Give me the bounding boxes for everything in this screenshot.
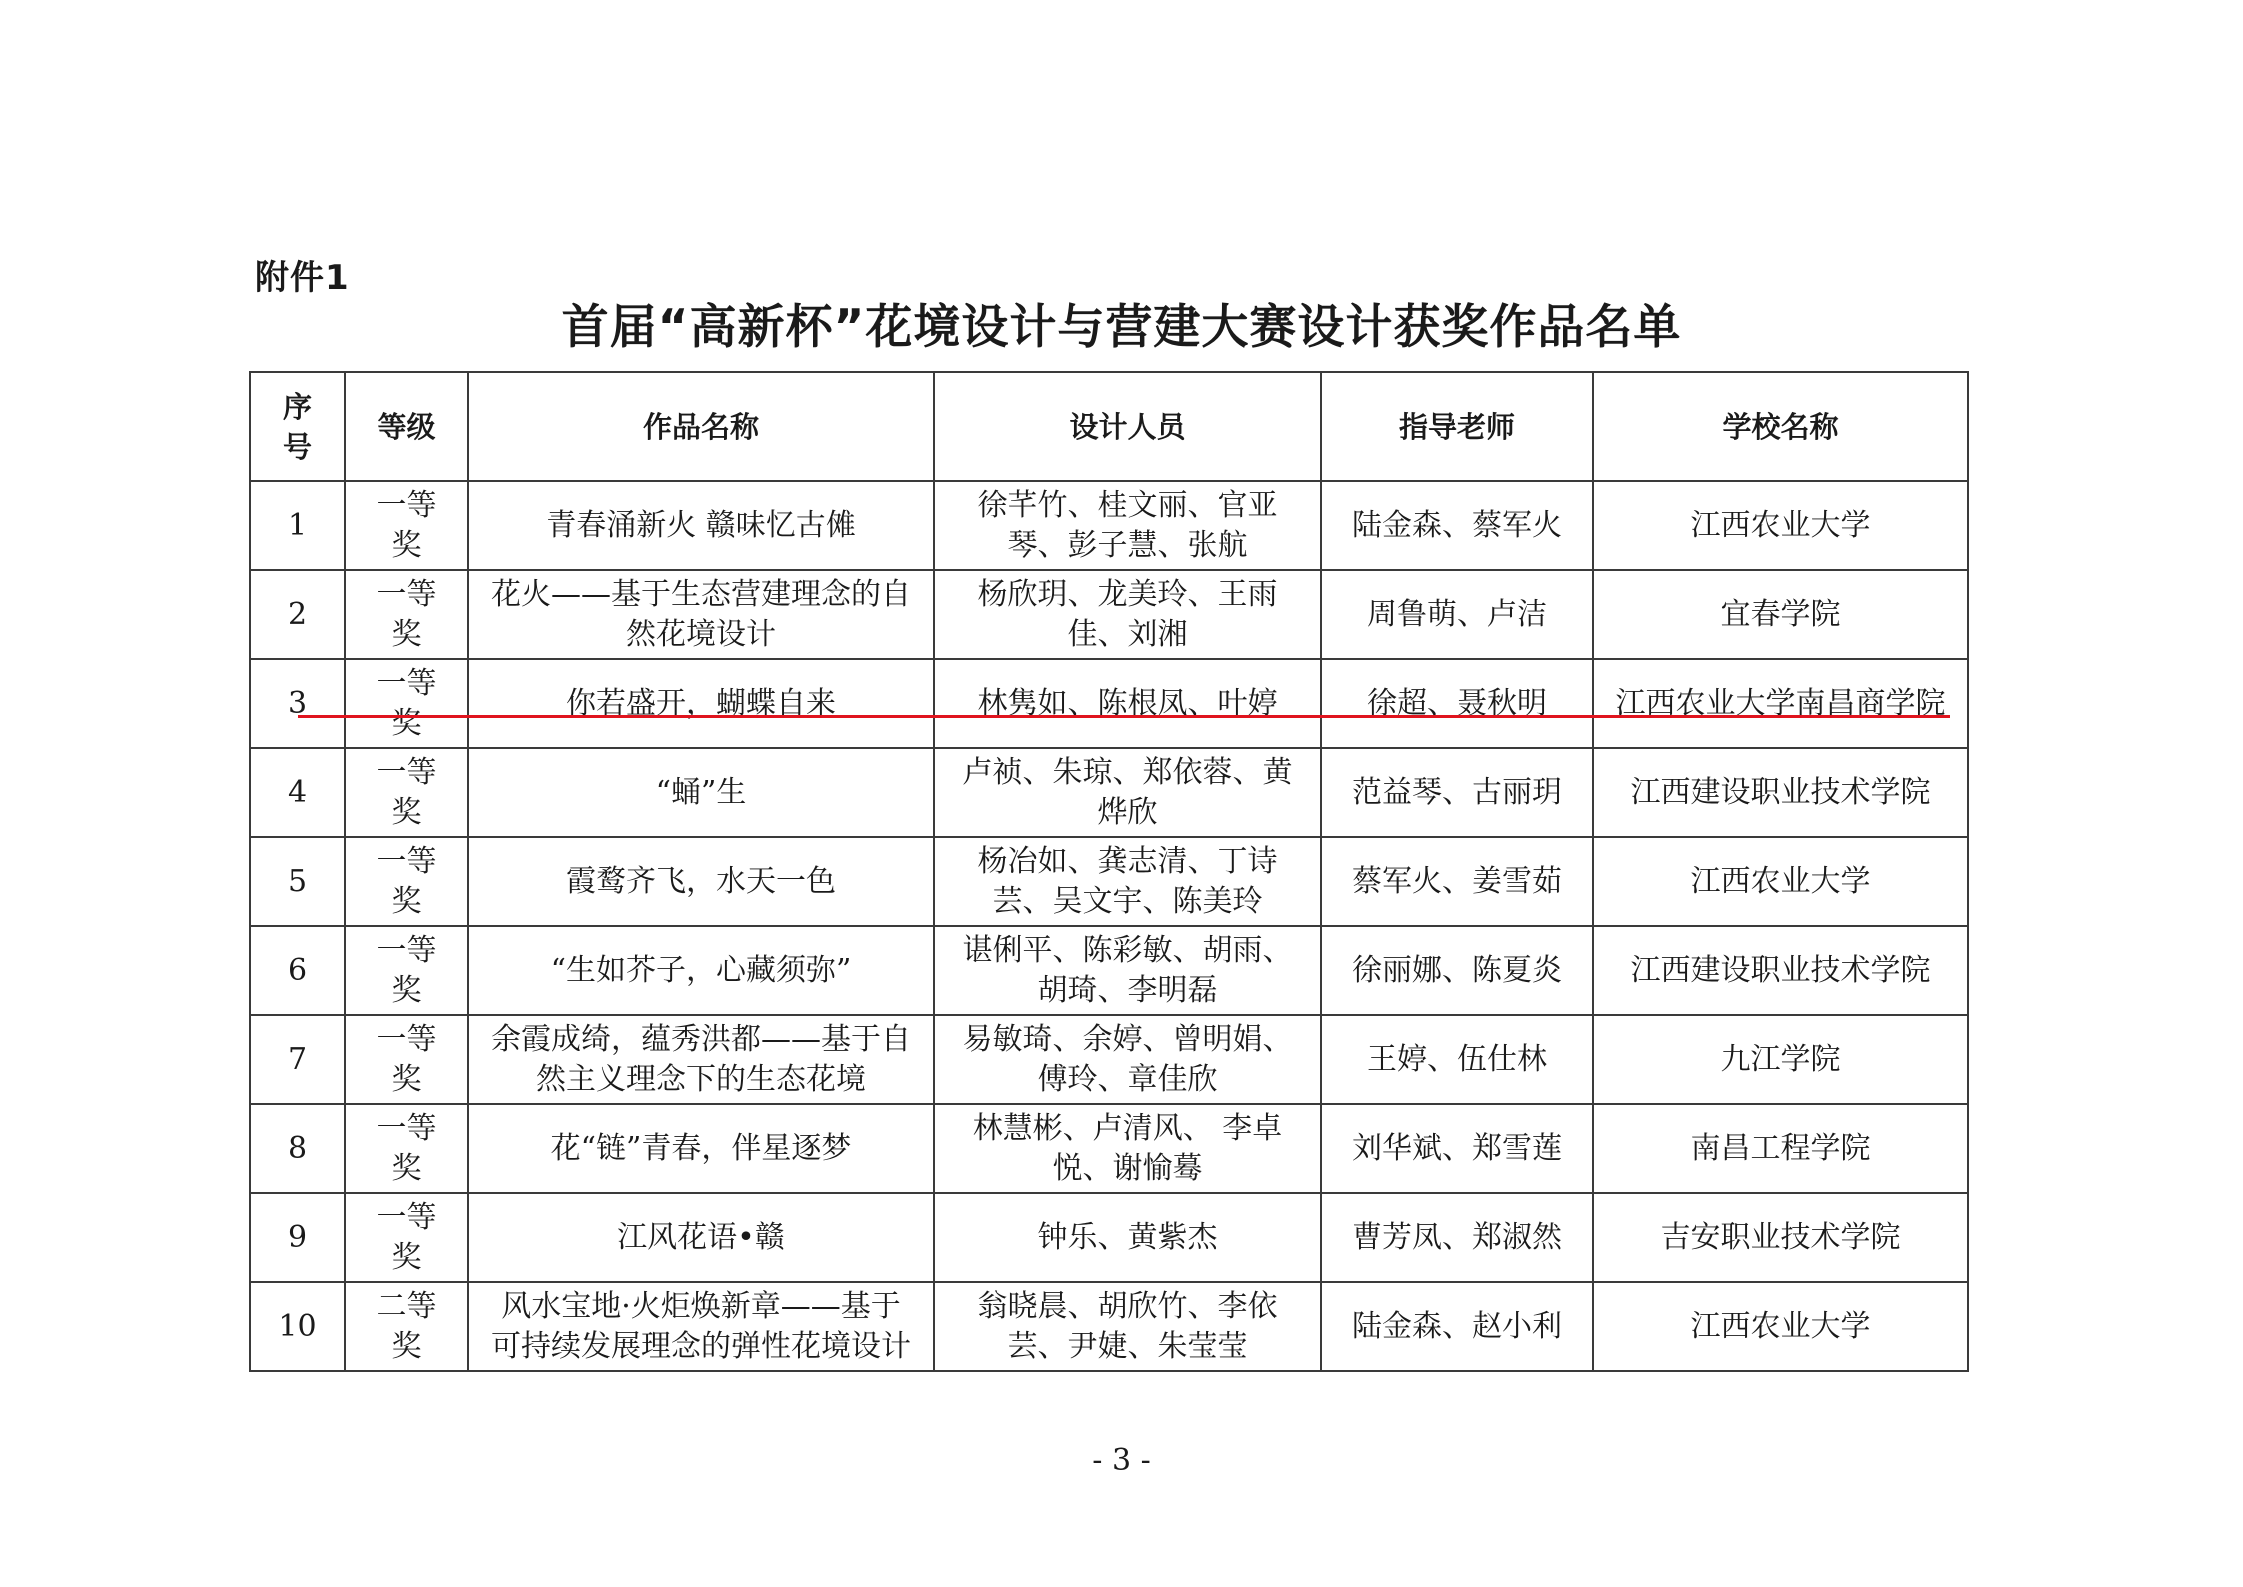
- cell-level: 一等奖: [345, 1104, 468, 1193]
- table-row: 1 一等奖 青春涌新火 赣味忆古傩 徐芊竹、桂文丽、官亚琴、彭子慧、张航 陆金森…: [250, 481, 1968, 570]
- cell-advisors: 范益琴、古丽玥: [1321, 748, 1593, 837]
- cell-work: 霞鹜齐飞，水天一色: [468, 837, 934, 926]
- cell-no: 10: [250, 1282, 345, 1371]
- cell-advisors: 刘华斌、郑雪莲: [1321, 1104, 1593, 1193]
- cell-designers: 杨欣玥、龙美玲、王雨佳、刘湘: [934, 570, 1321, 659]
- cell-designers: 林慧彬、卢清风、 李卓悦、谢愉蓦: [934, 1104, 1321, 1193]
- cell-work: 青春涌新火 赣味忆古傩: [468, 481, 934, 570]
- header-school: 学校名称: [1593, 372, 1968, 481]
- cell-advisors: 陆金森、赵小利: [1321, 1282, 1593, 1371]
- cell-designers: 杨冶如、龚志清、丁诗芸、吴文宇、陈美玲: [934, 837, 1321, 926]
- cell-advisors: 周鲁萌、卢洁: [1321, 570, 1593, 659]
- cell-level: 一等奖: [345, 659, 468, 748]
- header-advisors: 指导老师: [1321, 372, 1593, 481]
- cell-no: 5: [250, 837, 345, 926]
- cell-no: 7: [250, 1015, 345, 1104]
- table-row: 9 一等奖 江风花语•赣 钟乐、黄紫杰 曹芳凤、郑淑然 吉安职业技术学院: [250, 1193, 1968, 1282]
- cell-designers: 卢祯、朱琼、郑依蓉、黄烨欣: [934, 748, 1321, 837]
- cell-work: 花火——基于生态营建理念的自然花境设计: [468, 570, 934, 659]
- cell-school: 南昌工程学院: [1593, 1104, 1968, 1193]
- cell-no: 1: [250, 481, 345, 570]
- table-row: 10 二等奖 风水宝地·火炬焕新章——基于可持续发展理念的弹性花境设计 翁晓晨、…: [250, 1282, 1968, 1371]
- cell-work: 你若盛开，蝴蝶自来: [468, 659, 934, 748]
- awards-table: 序号 等级 作品名称 设计人员 指导老师 学校名称 1 一等奖 青春涌新火 赣味…: [249, 371, 1969, 1372]
- header-designers: 设计人员: [934, 372, 1321, 481]
- cell-level: 一等奖: [345, 570, 468, 659]
- cell-level: 一等奖: [345, 926, 468, 1015]
- header-work: 作品名称: [468, 372, 934, 481]
- cell-school: 宜春学院: [1593, 570, 1968, 659]
- cell-designers: 钟乐、黄紫杰: [934, 1193, 1321, 1282]
- cell-work: 风水宝地·火炬焕新章——基于可持续发展理念的弹性花境设计: [468, 1282, 934, 1371]
- cell-advisors: 蔡军火、姜雪茹: [1321, 837, 1593, 926]
- cell-advisors: 王婷、伍仕林: [1321, 1015, 1593, 1104]
- cell-level: 一等奖: [345, 481, 468, 570]
- cell-school: 江西农业大学南昌商学院: [1593, 659, 1968, 748]
- cell-school: 江西农业大学: [1593, 1282, 1968, 1371]
- cell-work: 余霞成绮，蕴秀洪都——基于自然主义理念下的生态花境: [468, 1015, 934, 1104]
- cell-level: 一等奖: [345, 1193, 468, 1282]
- cell-school: 江西建设职业技术学院: [1593, 748, 1968, 837]
- cell-level: 一等奖: [345, 748, 468, 837]
- cell-advisors: 徐超、聂秋明: [1321, 659, 1593, 748]
- cell-designers: 林隽如、陈根凤、叶婷: [934, 659, 1321, 748]
- table-row: 8 一等奖 花“链”青春，伴星逐梦 林慧彬、卢清风、 李卓悦、谢愉蓦 刘华斌、郑…: [250, 1104, 1968, 1193]
- cell-advisors: 曹芳凤、郑淑然: [1321, 1193, 1593, 1282]
- header-no: 序号: [250, 372, 345, 481]
- table-row: 4 一等奖 “蛹”生 卢祯、朱琼、郑依蓉、黄烨欣 范益琴、古丽玥 江西建设职业技…: [250, 748, 1968, 837]
- cell-school: 江西农业大学: [1593, 837, 1968, 926]
- cell-work: 江风花语•赣: [468, 1193, 934, 1282]
- cell-work: “生如芥子，心藏须弥”: [468, 926, 934, 1015]
- cell-no: 4: [250, 748, 345, 837]
- cell-level: 二等奖: [345, 1282, 468, 1371]
- cell-level: 一等奖: [345, 1015, 468, 1104]
- page-title: 首届“高新杯”花境设计与营建大赛设计获奖作品名单: [0, 290, 2243, 357]
- cell-work: 花“链”青春，伴星逐梦: [468, 1104, 934, 1193]
- table-row: 6 一等奖 “生如芥子，心藏须弥” 谌俐平、陈彩敏、胡雨、胡琦、李明磊 徐丽娜、…: [250, 926, 1968, 1015]
- red-underline-highlight: [298, 715, 1950, 718]
- cell-no: 6: [250, 926, 345, 1015]
- cell-school: 江西农业大学: [1593, 481, 1968, 570]
- cell-no: 3: [250, 659, 345, 748]
- cell-work: “蛹”生: [468, 748, 934, 837]
- cell-school: 九江学院: [1593, 1015, 1968, 1104]
- cell-school: 吉安职业技术学院: [1593, 1193, 1968, 1282]
- cell-school: 江西建设职业技术学院: [1593, 926, 1968, 1015]
- cell-advisors: 陆金森、蔡军火: [1321, 481, 1593, 570]
- table-row: 5 一等奖 霞鹜齐飞，水天一色 杨冶如、龚志清、丁诗芸、吴文宇、陈美玲 蔡军火、…: [250, 837, 1968, 926]
- cell-designers: 易敏琦、余婷、曾明娟、傅玲、章佳欣: [934, 1015, 1321, 1104]
- cell-no: 2: [250, 570, 345, 659]
- table-header-row: 序号 等级 作品名称 设计人员 指导老师 学校名称: [250, 372, 1968, 481]
- cell-level: 一等奖: [345, 837, 468, 926]
- cell-no: 8: [250, 1104, 345, 1193]
- table-row: 7 一等奖 余霞成绮，蕴秀洪都——基于自然主义理念下的生态花境 易敏琦、余婷、曾…: [250, 1015, 1968, 1104]
- cell-designers: 翁晓晨、胡欣竹、李依芸、尹婕、朱莹莹: [934, 1282, 1321, 1371]
- page-number: - 3 -: [0, 1443, 2243, 1478]
- table-row: 2 一等奖 花火——基于生态营建理念的自然花境设计 杨欣玥、龙美玲、王雨佳、刘湘…: [250, 570, 1968, 659]
- header-level: 等级: [345, 372, 468, 481]
- cell-designers: 徐芊竹、桂文丽、官亚琴、彭子慧、张航: [934, 481, 1321, 570]
- cell-no: 9: [250, 1193, 345, 1282]
- cell-designers: 谌俐平、陈彩敏、胡雨、胡琦、李明磊: [934, 926, 1321, 1015]
- table-row: 3 一等奖 你若盛开，蝴蝶自来 林隽如、陈根凤、叶婷 徐超、聂秋明 江西农业大学…: [250, 659, 1968, 748]
- cell-advisors: 徐丽娜、陈夏炎: [1321, 926, 1593, 1015]
